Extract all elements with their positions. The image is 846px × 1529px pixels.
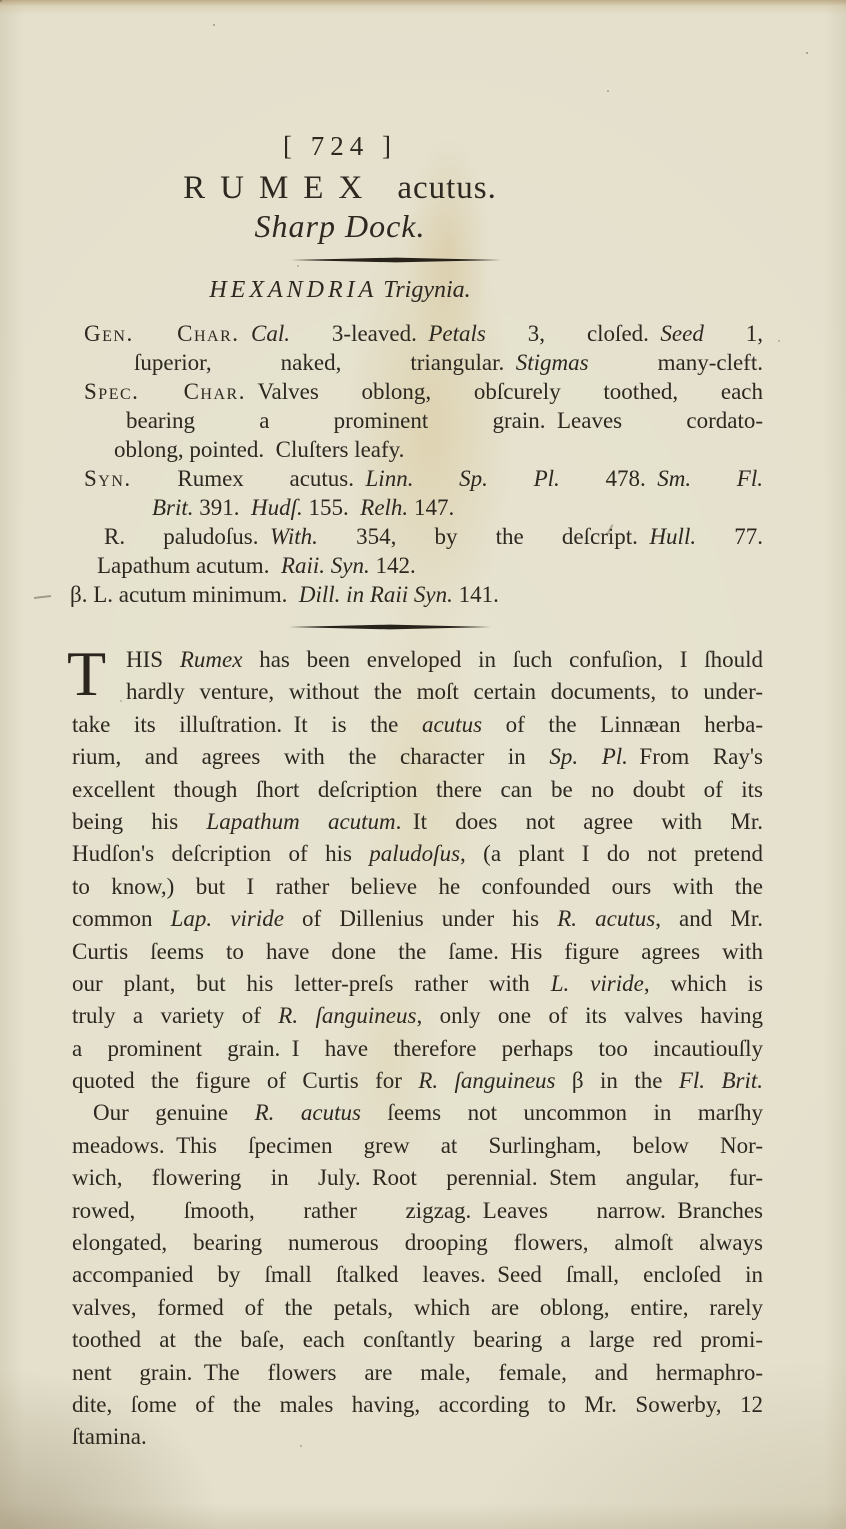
text-segment: elongated, bearing numerous drooping flo… [72, 1230, 763, 1255]
text-segment: toothed at the baſe, each conſtantly bea… [72, 1327, 763, 1352]
text-segment: Curtis ſeems to have done the ſame. His … [72, 939, 763, 964]
text-line: Spec. Char. Valves oblong, obſcurely too… [84, 377, 763, 406]
page-number: [ 724 ] [0, 130, 680, 162]
text-segment: L. viride [551, 971, 644, 996]
text-segment: Sp. Pl. [549, 744, 628, 769]
text-segment: , (a plant I do not pretend [460, 841, 763, 866]
text-segment: 77. [696, 524, 763, 549]
text-line: bearing a prominent grain. Leaves cordat… [84, 406, 763, 435]
text-segment: From Ray's [628, 744, 763, 769]
text-segment: Lapathum acutum. [97, 553, 281, 578]
common-name: Sharp Dock. [0, 207, 680, 245]
text-segment: common [72, 906, 171, 931]
species-epithet: acutus. [397, 170, 497, 206]
description-body: T HIS Rumex has been enveloped in ſuch c… [72, 644, 763, 1454]
text-segment: 478. [560, 466, 657, 491]
text-line: being his Lapathum acutum. It does not a… [72, 806, 763, 838]
text-line: toothed at the baſe, each conſtantly bea… [72, 1324, 763, 1356]
text-segment: ſuperior, naked, triangular. [134, 350, 516, 375]
text-segment: Stigmas [516, 350, 589, 375]
text-segment: HEXANDRIA [209, 277, 377, 303]
text-segment: Dill. in Raii Syn. [299, 582, 453, 607]
text-segment: 1, [704, 321, 763, 346]
text-segment: R. ſanguineus [278, 1003, 416, 1028]
text-line: wich, flowering in July. Root perennial.… [72, 1162, 763, 1194]
text-segment: Lap. viride [171, 906, 284, 931]
text-segment [240, 321, 252, 346]
text-segment: Petals [428, 321, 486, 346]
text-segment: R. ſanguineus [418, 1068, 555, 1093]
text-segment: . It does not agree with Mr. [396, 809, 763, 834]
text-segment: meadows. This ſpecimen grew at Surlingha… [72, 1133, 763, 1158]
text-segment: being his [72, 809, 206, 834]
text-line: rium, and agrees with the character in S… [72, 741, 763, 773]
text-segment: 3, cloſed. [486, 321, 661, 346]
text-line: HIS Rumex has been enveloped in ſuch con… [72, 644, 763, 676]
pencil-mark [34, 595, 51, 599]
text-line: ſtamina. [72, 1421, 763, 1453]
text-segment: our plant, but his letter-preſs rather w… [72, 971, 551, 996]
text-line: our plant, but his letter-preſs rather w… [72, 968, 763, 1000]
text-segment: a prominent grain. I have therefore perh… [72, 1036, 763, 1061]
text-line: truly a variety of R. ſanguineus, only o… [72, 1000, 763, 1032]
linnaean-class-order: HEXANDRIA Trigynia. [0, 276, 680, 304]
text-line: dite, ſome of the males having, accordin… [72, 1389, 763, 1421]
text-line: Hudſon's deſcription of his paludoſus, (… [72, 838, 763, 870]
text-line: Brit. 391. Hudſ. 155. Relh. 147. [84, 493, 763, 522]
book-page-scan: [ 724 ] RUMEXacutus. Sharp Dock. HEXANDR… [0, 0, 846, 1529]
text-segment: Valves oblong, obſcurely toothed, each [246, 379, 763, 404]
text-segment: 141. [453, 582, 499, 607]
text-line: quoted the figure of Curtis for R. ſangu… [72, 1065, 763, 1097]
text-segment: hardly venture, without the moſt certain… [126, 679, 763, 704]
text-segment: ſeems not uncommon in marſhy [361, 1100, 763, 1125]
text-segment: 147. [408, 495, 454, 520]
text-segment: Spec. Char. [84, 379, 246, 404]
text-segment: to know,) but I rather believe he confou… [72, 874, 763, 899]
text-segment: Cal. [251, 321, 290, 346]
text-line: R. paludoſus. With. 354, by the deſcript… [84, 522, 763, 551]
page-header: [ 724 ] RUMEXacutus. Sharp Dock. [0, 0, 680, 245]
text-segment: truly a variety of [72, 1003, 278, 1028]
text-segment: Rumex [180, 647, 243, 672]
text-line: Curtis ſeems to have done the ſame. His … [72, 936, 763, 968]
text-segment: dite, ſome of the males having, accordin… [72, 1392, 763, 1417]
text-line: ſuperior, naked, triangular. Stigmas man… [84, 348, 763, 377]
text-segment: With. [270, 524, 318, 549]
text-line: rowed, ſmooth, rather zigzag. Leaves nar… [72, 1195, 763, 1227]
species-title: RUMEXacutus. [0, 169, 680, 207]
text-segment: 142. [370, 553, 416, 578]
text-line: meadows. This ſpecimen grew at Surlingha… [72, 1130, 763, 1162]
text-segment: Raii. Syn. [281, 553, 370, 578]
text-line: take its illuſtration. It is the acutus … [72, 709, 763, 741]
text-line: β. L. acutum minimum. Dill. in Raii Syn.… [70, 580, 763, 609]
text-segment: R. acutus [557, 906, 655, 931]
text-segment: wich, flowering in July. Root perennial.… [72, 1165, 763, 1190]
text-segment: Seed [660, 321, 703, 346]
text-segment: 354, by the deſcript. [318, 524, 650, 549]
genus-name: RUMEX [183, 170, 377, 206]
paper-speckles [0, 0, 2, 2]
text-line: valves, formed of the petals, which are … [72, 1292, 763, 1324]
text-segment: Trigynia. [383, 277, 470, 303]
text-segment: Hudſ. [251, 495, 303, 520]
text-segment: oblong, pointed. Cluſters leafy. [114, 437, 404, 462]
text-segment: β. L. acutum minimum. [70, 582, 299, 607]
text-segment: of the Linnæan herba- [482, 712, 763, 737]
text-segment: bearing a prominent grain. Leaves cordat… [126, 408, 763, 433]
ornamental-swelled-rule [289, 624, 491, 630]
text-segment: Gen. Char. [84, 321, 240, 346]
text-segment: Our genuine [93, 1100, 255, 1125]
text-line: nent grain. The flowers are male, female… [72, 1357, 763, 1389]
text-segment: nent grain. The flowers are male, female… [72, 1360, 763, 1385]
text-segment: take its illuſtration. It is the [72, 712, 422, 737]
text-line: common Lap. viride of Dillenius under hi… [72, 903, 763, 935]
text-segment: 391. [194, 495, 252, 520]
text-segment: Sm. Fl. [657, 466, 763, 491]
character-synonymy-block: Gen. Char. Cal. 3-leaved. Petals 3, cloſ… [72, 319, 763, 609]
text-segment: has been enveloped in ſuch confuſion, I … [242, 647, 763, 672]
text-segment: β in the [555, 1068, 678, 1093]
text-line: accompanied by ſmall ſtalked leaves. See… [72, 1259, 763, 1291]
ornamental-swelled-rule [291, 257, 501, 263]
text-segment: Relh. [360, 495, 408, 520]
text-segment: Fl. Brit. [679, 1068, 763, 1093]
text-line: elongated, bearing numerous drooping flo… [72, 1227, 763, 1259]
text-line: Gen. Char. Cal. 3-leaved. Petals 3, cloſ… [84, 319, 763, 348]
text-segment: Rumex acutus. [132, 466, 366, 491]
text-segment: paludoſus [369, 841, 460, 866]
text-line: Syn. Rumex acutus. Linn. Sp. Pl. 478. Sm… [84, 464, 763, 493]
text-segment: 155. [303, 495, 361, 520]
text-segment: Hudſon's deſcription of his [72, 841, 369, 866]
text-segment: 3-leaved. [290, 321, 428, 346]
text-segment: of Dillenius under his [284, 906, 557, 931]
text-segment: R. acutus [255, 1100, 361, 1125]
text-segment: rowed, ſmooth, rather zigzag. Leaves nar… [72, 1198, 763, 1223]
text-segment: Hull. [649, 524, 696, 549]
text-segment: , and Mr. [655, 906, 763, 931]
text-line: hardly venture, without the moſt certain… [72, 676, 763, 708]
drop-cap: T [67, 642, 106, 706]
text-line: Our genuine R. acutus ſeems not uncommon… [72, 1097, 763, 1129]
text-line: Lapathum acutum. Raii. Syn. 142. [84, 551, 763, 580]
text-segment: , only one of its valves having [416, 1003, 763, 1028]
text-segment: valves, formed of the petals, which are … [72, 1295, 763, 1320]
text-segment: R. paludoſus. [104, 524, 270, 549]
text-segment: excellent though ſhort deſcription there… [72, 777, 763, 802]
text-segment: Brit. [152, 495, 194, 520]
text-segment: , which is [644, 971, 763, 996]
text-line: a prominent grain. I have therefore perh… [72, 1033, 763, 1065]
text-segment: accompanied by ſmall ſtalked leaves. See… [72, 1262, 763, 1287]
text-line: to know,) but I rather believe he confou… [72, 871, 763, 903]
text-segment: Syn. [84, 466, 132, 491]
text-segment: HIS [126, 647, 180, 672]
text-segment: rium, and agrees with the character in [72, 744, 549, 769]
text-segment: ſtamina. [72, 1424, 147, 1449]
text-line: oblong, pointed. Cluſters leafy. [84, 435, 763, 464]
text-segment: Linn. Sp. Pl. [366, 466, 560, 491]
text-line: excellent though ſhort deſcription there… [72, 774, 763, 806]
text-segment: Lapathum acutum [206, 809, 395, 834]
text-segment: quoted the figure of Curtis for [72, 1068, 418, 1093]
text-segment: many-cleft. [589, 350, 763, 375]
text-segment: acutus [422, 712, 482, 737]
